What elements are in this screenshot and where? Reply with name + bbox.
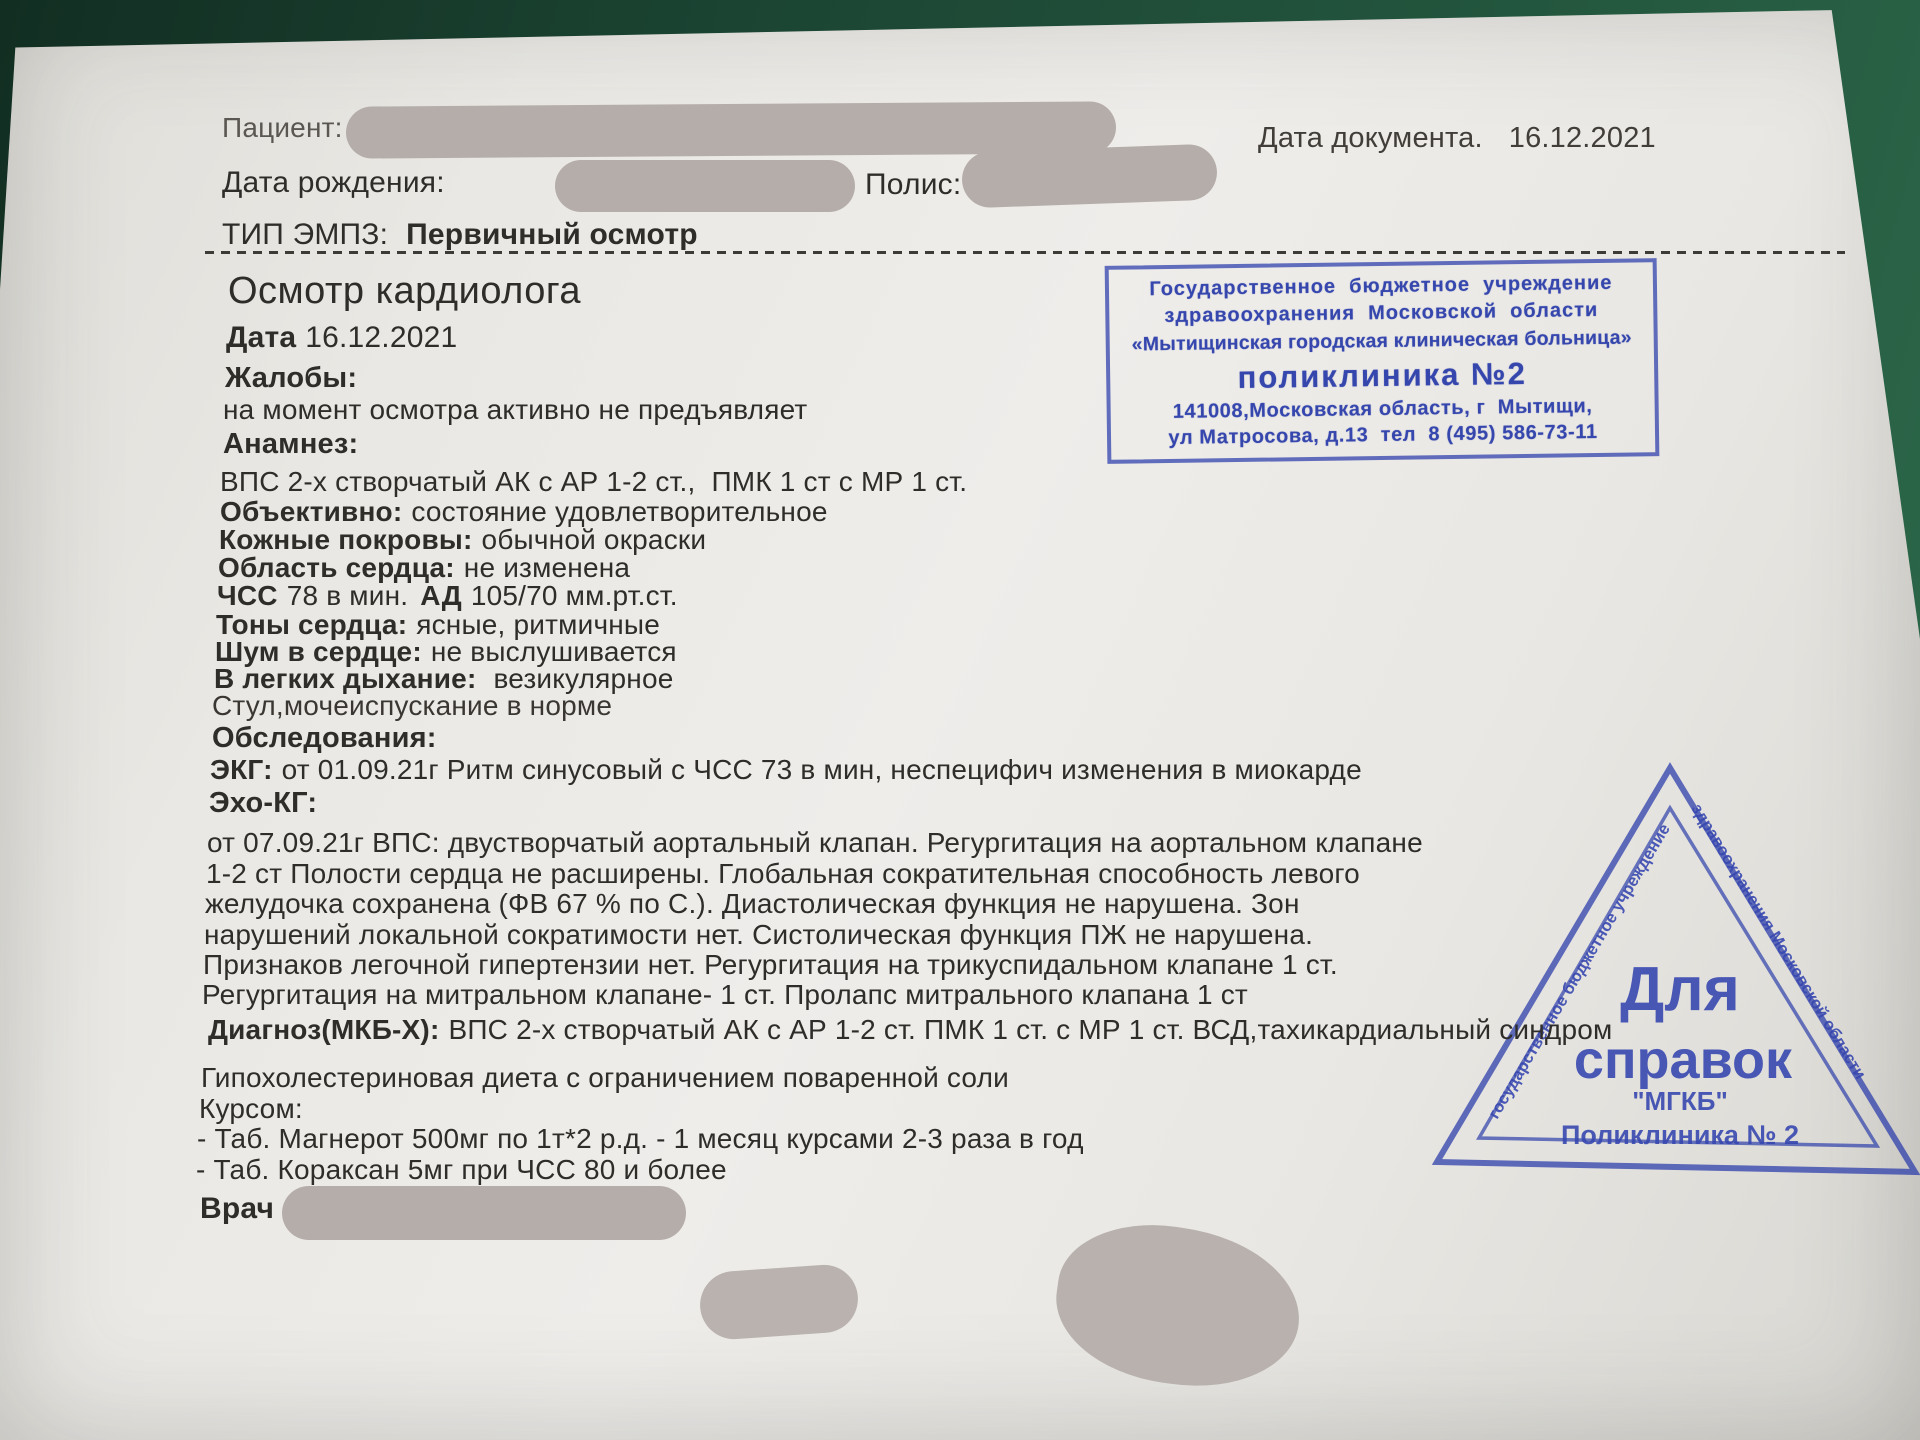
ecg-label: ЭКГ:	[210, 754, 273, 785]
doctor-label: Врач	[200, 1192, 274, 1226]
emp-type-line: ТИП ЭМПЗ:Первичный осмотр	[222, 218, 698, 252]
emp-type-label: ТИП ЭМПЗ:	[222, 218, 388, 251]
redaction-blob-small	[698, 1263, 860, 1342]
echo-text-line: 1-2 ст Полости сердца не расширены. Глоб…	[206, 858, 1360, 890]
page-title: Осмотр кардиолога	[228, 270, 581, 313]
birth-label: Дата рождения:	[222, 166, 445, 200]
diet-text: Гипохолестериновая диета с ограничением …	[201, 1062, 1009, 1094]
polis-label: Полис:	[865, 168, 961, 202]
ecg-line: ЭКГ:от 01.09.21г Ритм синусовый с ЧСС 73…	[210, 754, 1362, 786]
report-date-value: 16.12.2021	[305, 321, 457, 354]
patient-label: Пациент:	[222, 112, 343, 144]
vitals-line: ЧСС78 в мин.АД105/70 мм.рт.ст.	[217, 580, 678, 612]
course-item: - Таб. Магнерот 500мг по 1т*2 р.д. - 1 м…	[197, 1123, 1084, 1155]
hr-label: ЧСС	[217, 580, 278, 611]
doc-date-value: 16.12.2021	[1509, 122, 1656, 154]
triangle-stamp: Для справок "МГКБ" Поликлиника № 2 госуд…	[1425, 752, 1920, 1192]
echo-text-line: нарушений локальной сократимости нет. Си…	[204, 919, 1313, 951]
clinic-rect-stamp: Государственное бюджетное учреждение здр…	[1105, 258, 1660, 464]
stamp-clinic-number: Поликлиника № 2	[1561, 1120, 1799, 1150]
stamp-org-short: "МГКБ"	[1632, 1086, 1728, 1116]
course-label: Курсом:	[199, 1093, 303, 1125]
stool-text: Стул,мочеиспускание в норме	[212, 690, 612, 722]
anamnesis-label: Анамнез:	[223, 428, 358, 461]
objective-text: состояние удовлетворительное	[411, 496, 827, 527]
diagnosis-label: Диагноз(МКБ-Х):	[208, 1014, 439, 1045]
diagnosis-line: Диагноз(МКБ-Х):ВПС 2-х створчатый АК с А…	[208, 1014, 1612, 1046]
report-date-label: Дата	[226, 321, 296, 354]
emp-type-value: Первичный осмотр	[406, 218, 698, 251]
ecg-text: от 01.09.21г Ритм синусовый с ЧСС 73 в м…	[282, 754, 1362, 785]
redaction-polis-number	[961, 144, 1218, 209]
echo-label: Эхо-КГ:	[209, 787, 317, 820]
stamp-for-text: Для	[1620, 955, 1740, 1024]
echo-text-line: Признаков легочной гипертензии нет. Регу…	[203, 949, 1338, 981]
document-photo: Пациент: Дата документа.16.12.2021 Дата …	[0, 0, 1920, 1440]
anamnesis-text: ВПС 2-х створчатый АК с АР 1-2 ст., ПМК …	[220, 466, 967, 498]
hr-value: 78 в мин.	[287, 580, 409, 611]
echo-text-line: желудочка сохранена (ФВ 67 % по С.). Диа…	[205, 888, 1300, 920]
skin-label: Кожные покровы:	[219, 524, 473, 555]
echo-text-line: от 07.09.21г ВПС: двустворчатый аортальн…	[207, 827, 1423, 859]
dashed-separator	[205, 251, 1845, 254]
echo-text-line: Регургитация на митральном клапане- 1 ст…	[202, 979, 1248, 1011]
doc-date-line: Дата документа.16.12.2021	[1258, 122, 1656, 155]
skin-text: обычной окраски	[482, 524, 707, 555]
doc-date-label: Дата документа.	[1258, 122, 1483, 154]
heart-area-text: не изменена	[464, 552, 630, 583]
exams-label: Обследования:	[212, 722, 437, 755]
redaction-doctor-name	[282, 1186, 686, 1240]
objective-label: Объективно:	[220, 496, 402, 527]
bp-value: 105/70 мм.рт.ст.	[471, 580, 678, 611]
bp-label: АД	[420, 580, 462, 611]
course-item: - Таб. Кораксан 5мг при ЧСС 80 и более	[196, 1154, 727, 1186]
redaction-birth-date	[555, 160, 855, 212]
complaints-label: Жалобы:	[225, 362, 357, 395]
diagnosis-text: ВПС 2-х створчатый АК с АР 1-2 ст. ПМК 1…	[448, 1014, 1612, 1045]
heart-area-label: Область сердца:	[218, 552, 455, 583]
report-date-line: Дата16.12.2021	[226, 321, 457, 355]
complaints-text: на момент осмотра активно не предъявляет	[223, 394, 807, 426]
